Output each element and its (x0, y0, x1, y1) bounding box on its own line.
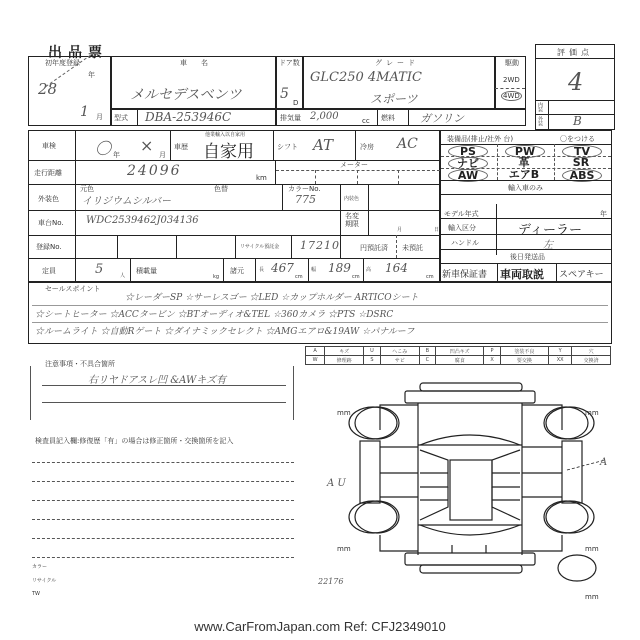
ac-label: 冷房 (360, 142, 374, 152)
equipment-title: 装備品(排止/社外 台) (447, 134, 513, 144)
inspection-label: 車検 (42, 141, 56, 151)
sales-line-1: ☆レーダーSP ☆サーレスゴー ☆LED ☆カップホルダー ARTICOシート (125, 290, 419, 303)
grade-line1: GLC250 4MATIC (310, 70, 422, 85)
height-value: 164 (385, 261, 408, 275)
exterior-color-label: 外装色 (38, 194, 59, 204)
shift-label: シフト (277, 142, 298, 152)
drive-4wd: 4WD (501, 91, 522, 101)
dims-label: 諸元 (230, 266, 244, 276)
length-value: 467 (271, 261, 294, 275)
inspector-line (32, 481, 294, 482)
recycle-amount: 17210 (300, 239, 340, 252)
doors-value: 5 (280, 86, 289, 102)
damage-mark-left: A U (327, 478, 346, 489)
drive-2wd: 2WD (503, 76, 520, 84)
mileage-label: 走行距離 (34, 168, 62, 178)
first-reg-month: 1 (80, 104, 89, 120)
width-value: 189 (328, 261, 351, 275)
sales-line-3: ☆ルームライト ☆自動Rゲート ☆ダイナミックセレクト ☆AMGエアロ&19AW… (35, 324, 414, 337)
doc-spare-key: スペアキー (559, 267, 604, 280)
reg-no-label: 登録No. (36, 242, 62, 252)
grade-label: グレード (375, 58, 419, 68)
inspector-line (32, 557, 294, 558)
model-label: 型式 (114, 113, 128, 123)
score-value: 4 (568, 68, 583, 96)
doc-manual: 車両取説 (500, 266, 544, 282)
car-name-label: 車名 (180, 58, 222, 68)
sales-points-label: セールスポイント (45, 284, 100, 294)
color-no-value: 775 (295, 193, 316, 206)
grade-line2: スポーツ (370, 90, 418, 107)
equipment-item: エアB (505, 169, 543, 180)
exterior-color-value: イリジウムシルバー (82, 192, 171, 207)
model-value: DBA-253946C (145, 110, 231, 124)
capacity-value: 5 (95, 262, 103, 277)
exterior-score-value: B (573, 114, 582, 128)
inspector-line (32, 519, 294, 520)
usage-value: 自家用 (203, 137, 254, 162)
capacity-label: 定員 (42, 266, 56, 276)
inspector-label: 検査員記入欄:修復歴「有」の場合は修正箇所・交換箇所を記入 (35, 436, 233, 446)
score-label: 評価点 (557, 47, 593, 58)
ac-value: AC (397, 136, 418, 152)
displacement-label: 排気量 (280, 113, 301, 123)
mileage-value: 24096 (127, 163, 182, 179)
inspector-line (32, 500, 294, 501)
equipment-item: SR (562, 157, 600, 168)
drive-label: 駆動 (505, 58, 519, 68)
displacement-value: 2,000 (310, 111, 339, 122)
meter-label: メーター (340, 160, 368, 170)
inspector-line (32, 538, 294, 539)
fuel-label: 燃料 (381, 113, 395, 123)
equipment-item: 革 (505, 157, 543, 168)
interior-score-label: 内装 (537, 102, 544, 112)
damage-mark-right: A (600, 457, 607, 468)
inspector-line (32, 462, 294, 463)
chassis-value: WDC2539462J034136 (86, 215, 199, 226)
watermark: www.CarFromJapan.com Ref: CFJ2349010 (0, 619, 640, 634)
diagram-code: 22176 (318, 577, 343, 586)
car-name: メルセデスベンツ (130, 84, 241, 104)
damage-legend: AキズUへこみB凹凸キズP塗装不良Y穴W修理跡SサビC腐食X要交換XX交換済 (305, 346, 611, 365)
first-reg-year: 28 (38, 80, 57, 98)
shift-value: AT (313, 136, 333, 154)
chassis-label: 車台No. (38, 218, 64, 228)
inspection-year: 〇 (95, 136, 111, 159)
exterior-score-label: 外装 (537, 116, 544, 126)
fuel-value: ガソリン (420, 110, 464, 126)
usage-label: 車歴 (174, 142, 188, 152)
doors-label: ドア数 (279, 58, 300, 68)
inspection-month: × (140, 136, 153, 155)
sales-line-2: ☆シートヒーター ☆ACCタービン ☆BTオーディオ&TEL ☆360カメラ ☆… (35, 307, 393, 320)
load-label: 積載量 (136, 266, 157, 276)
notes-text: 右リヤドアスレ凹 &AWキズ有 (88, 371, 226, 386)
doc-warranty: 新車保証書 (442, 267, 487, 280)
